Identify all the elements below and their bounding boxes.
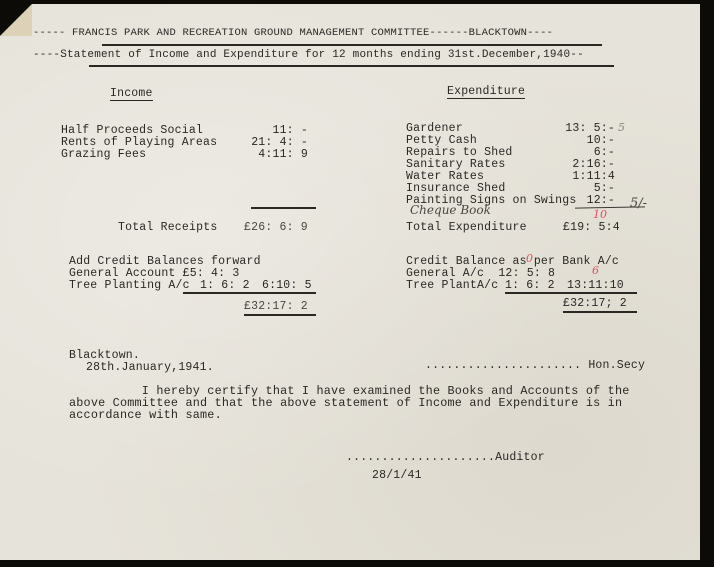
income-item-amount: 4:11: 9 <box>230 149 308 161</box>
income-heading: Income <box>110 88 153 101</box>
hon-secretary-signature-line: ...................... Hon.Secy <box>425 360 645 372</box>
auditor-signature-line: .....................Auditor <box>346 452 545 464</box>
document-title: ----- FRANCIS PARK AND RECREATION GROUND… <box>33 27 553 39</box>
folded-corner <box>0 4 34 38</box>
total-receipts-amount: £26: 6: 9 <box>244 222 308 234</box>
tree-planting-sum: 6:10: 5 <box>262 280 312 292</box>
expenditure-balance-rule <box>505 292 637 294</box>
tree-planting-amount: 1: 6: 2 <box>200 280 250 292</box>
subtitle-underline <box>89 65 614 67</box>
document-subtitle: ----Statement of Income and Expenditure … <box>33 49 584 61</box>
tree-planting-label: Tree Planting A/c <box>69 280 190 292</box>
tree-plant-red-correction: 6 <box>592 264 599 277</box>
total-expenditure-red-correction: 10 <box>593 208 607 221</box>
tree-plant-sum: 13:11:10 <box>567 280 624 292</box>
expenditure-grand-total: £32:17; 2 <box>563 298 627 310</box>
expenditure-item-amount: 12:- <box>540 195 615 207</box>
statement-date: 28th.January,1941. <box>86 362 214 374</box>
tree-plant-amount: 1: 6: 2 <box>505 280 555 292</box>
gardener-pencil-note: 5 <box>618 121 625 134</box>
income-subtotal-rule <box>251 207 316 209</box>
income-grand-total-rule <box>244 314 316 316</box>
expenditure-grand-total-rule <box>563 311 637 313</box>
certification-line: accordance with same. <box>69 409 222 421</box>
income-grand-total: £32:17: 2 <box>244 301 308 313</box>
income-item-label: Grazing Fees <box>61 149 146 161</box>
title-underline <box>102 44 602 46</box>
general-ac-red-correction: 0 <box>526 252 533 265</box>
total-expenditure-label: Total Expenditure <box>406 222 527 234</box>
auditor-date: 28/1/41 <box>372 470 422 482</box>
income-balance-rule <box>183 292 316 294</box>
handwritten-cheque-amount: 5/- <box>630 196 647 211</box>
expenditure-heading: Expenditure <box>447 86 525 99</box>
tree-plant-label: Tree PlantA/c <box>406 280 498 292</box>
handwritten-cheque-book: Cheque Book <box>410 203 491 217</box>
total-expenditure-amount: £19: 5:4 <box>563 222 620 234</box>
total-receipts-label: Total Receipts <box>118 222 217 234</box>
